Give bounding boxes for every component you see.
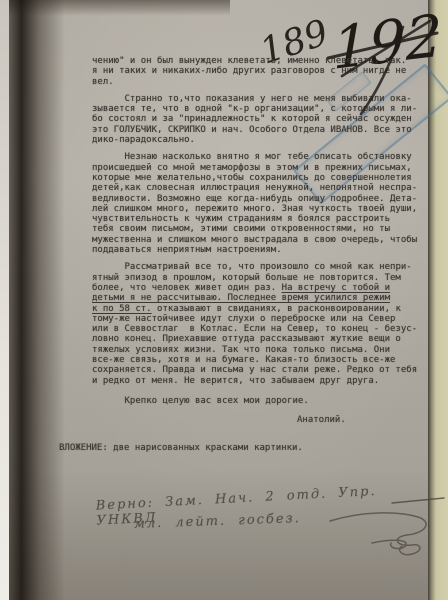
letter-body: чению" и он был вынужден клеветать, имен… — [92, 56, 444, 460]
letter-paragraph-2: Странно то,что показания у него не меня … — [92, 94, 444, 145]
photo-left-edge — [0, 0, 9, 600]
letter-closing: Крепко целую вас всех мои дорогие. — [92, 396, 444, 406]
enclosure-note: ВЛОЖЕНИЕ: две нарисованных красками карт… — [59, 443, 444, 453]
binding-shadow — [9, 0, 65, 600]
paragraph-text: отказывают в свиданиях, в расконвоирован… — [92, 304, 417, 386]
letter-signature: Анатолий. — [92, 415, 444, 425]
letter-paragraph-4: Рассматривай все то, что произошло со мн… — [92, 262, 444, 386]
letter-paragraph-3: Незнаю насколько внятно я мог тебе описа… — [92, 152, 444, 255]
document-photo: 189 192 чению" и он был вынужден клевета… — [0, 0, 448, 600]
letter-paragraph-1: чению" и он был вынужден клеветать, имен… — [92, 56, 444, 87]
